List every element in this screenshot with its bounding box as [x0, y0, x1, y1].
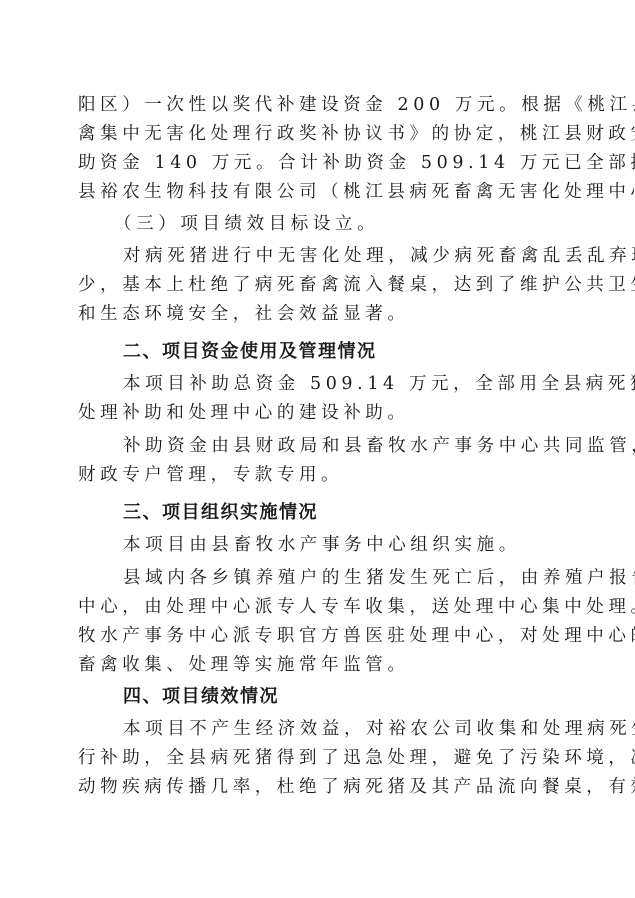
paragraph-start: 本项目不产生经济效益，对裕农公司收集和处理病死生猪进	[123, 718, 635, 740]
subsection-heading: （三）项目绩效目标设立。	[114, 213, 379, 235]
section-heading: 三、项目组织实施情况	[123, 502, 318, 524]
text-line: 禽集中无害化处理行政奖补协议书》的协定，桃江县财政安排补	[78, 123, 635, 145]
text-line: 和生态环境安全，社会效益显著。	[78, 303, 410, 325]
text-line: 县裕农生物科技有限公司（桃江县病死畜禽无害化处理中心）。	[78, 181, 635, 203]
text-line: 牧水产事务中心派专职官方兽医驻处理中心，对处理中心的病死	[78, 625, 635, 647]
paragraph-start: 对病死猪进行中无害化处理，减少病死畜禽乱丢乱弃现象减	[123, 245, 635, 267]
section-heading: 二、项目资金使用及管理情况	[123, 341, 377, 363]
text-line: 处理补助和处理中心的建设补助。	[78, 402, 410, 424]
paragraph-start: 本项目补助总资金 509.14 万元，全部用全县病死猪无害化	[123, 373, 635, 395]
text-line: 畜禽收集、处理等实施常年监管。	[78, 654, 410, 676]
text-line: 少，基本上杜绝了病死畜禽流入餐桌，达到了维护公共卫生安全	[78, 274, 635, 296]
text-line: 助资金 140 万元。合计补助资金 509.14 万元已全部拨付给桃江	[78, 152, 635, 174]
section-heading: 四、项目绩效情况	[123, 686, 279, 708]
text-line: 中心，由处理中心派专人专车收集，送处理中心集中处理。县畜	[78, 596, 635, 618]
text-line: 阳区）一次性以奖代补建设资金 200 万元。根据《桃江县病死畜	[78, 94, 635, 116]
text-line: 行补助，全县病死猪得到了迅急处理，避免了污染环境，减少了	[78, 747, 635, 769]
text-line: 财政专户管理，专款专用。	[78, 464, 343, 486]
paragraph-start: 县域内各乡镇养殖户的生猪发生死亡后，由养殖户报告处理	[123, 567, 635, 589]
paragraph-start: 补助资金由县财政局和县畜牧水产事务中心共同监管，执行	[123, 435, 635, 457]
text-line: 动物疾病传播几率，杜绝了病死猪及其产品流向餐桌，有效维护	[78, 776, 635, 798]
paragraph-start: 本项目由县畜牧水产事务中心组织实施。	[123, 534, 521, 556]
